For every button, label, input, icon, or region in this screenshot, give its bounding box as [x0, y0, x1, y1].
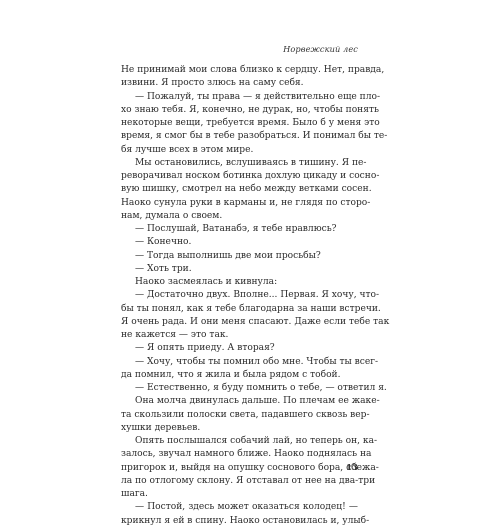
text-line: Наоко засмеялась и кивнула:: [121, 276, 358, 289]
text-line: — Хоть три.: [121, 263, 358, 276]
text-line: некоторые вещи, требуется время. Было б …: [121, 117, 358, 130]
text-line: да помнил, что я жила и была рядом с тоб…: [121, 369, 358, 382]
text-line: — Послушай, Ватанабэ, я тебе нравлюсь?: [121, 223, 358, 236]
text-line: Она молча двинулась дальше. По плечам ее…: [121, 395, 358, 408]
text-line: хушки деревьев.: [121, 422, 358, 435]
text-line: не кажется — это так.: [121, 329, 358, 342]
text-line: хо знаю тебя. Я, конечно, не дурак, но, …: [121, 104, 358, 117]
text-line: — Пожалуй, ты права — я действительно ещ…: [121, 91, 358, 104]
book-page: Норвежский лес Не принимай мои слова бли…: [0, 0, 500, 532]
text-line: — Я опять приеду. А вторая?: [121, 342, 358, 355]
text-line: бя лучше всех в этом мире.: [121, 144, 358, 157]
text-line: время, я смог бы в тебе разобраться. И п…: [121, 130, 358, 143]
text-line: бы ты понял, как я тебе благодарна за на…: [121, 303, 358, 316]
text-line: — Естественно, я буду помнить о тебе, — …: [121, 382, 358, 395]
text-line: вую шишку, смотрел на небо между ветками…: [121, 183, 358, 196]
text-line: залось, звучал намного ближе. Наоко подн…: [121, 448, 358, 461]
text-line: Опять послышался собачий лай, но теперь …: [121, 435, 358, 448]
text-line: — Конечно.: [121, 236, 358, 249]
text-line: — Тогда выполнишь две мои просьбы?: [121, 250, 358, 263]
text-line: Наоко сунула руки в карманы и, не глядя …: [121, 197, 358, 210]
text-line: Я очень рада. И они меня спасают. Даже е…: [121, 316, 358, 329]
text-line: Не принимай мои слова близко к сердцу. Н…: [121, 64, 358, 77]
text-line: та скользили полоски света, падавшего ск…: [121, 409, 358, 422]
body-text: Не принимай мои слова близко к сердцу. Н…: [121, 64, 358, 528]
text-line: — Достаточно двух. Вполне... Первая. Я х…: [121, 289, 358, 302]
text-line: — Постой, здесь может оказаться колодец!…: [121, 501, 358, 514]
text-line: нам, думала о своем.: [121, 210, 358, 223]
text-line: — Хочу, чтобы ты помнил обо мне. Чтобы т…: [121, 356, 358, 369]
text-line: Мы остановились, вслушиваясь в тишину. Я…: [121, 157, 358, 170]
running-head: Норвежский лес: [121, 44, 358, 54]
page-number: 13: [121, 463, 358, 473]
text-line: шага.: [121, 488, 358, 501]
text-line: извини. Я просто злюсь на саму себя.: [121, 77, 358, 90]
text-line: ла по отлогому склону. Я отставал от нее…: [121, 475, 358, 488]
text-line: реворачивал носком ботинка дохлую цикаду…: [121, 170, 358, 183]
text-line: крикнул я ей в спину. Наоко остановилась…: [121, 515, 358, 528]
